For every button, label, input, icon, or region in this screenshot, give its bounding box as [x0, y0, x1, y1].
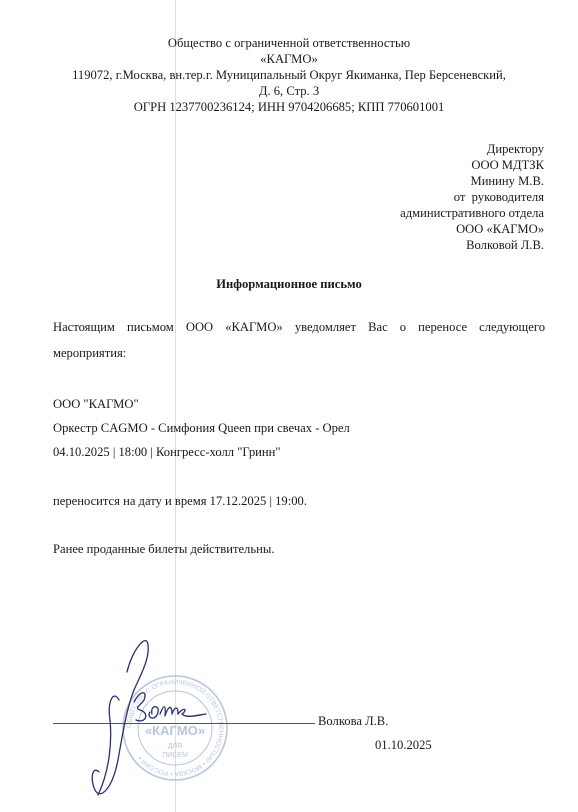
signer-name: Волкова Л.В. [318, 714, 388, 729]
handwritten-signature [0, 0, 578, 812]
signature-date: 01.10.2025 [375, 738, 432, 753]
